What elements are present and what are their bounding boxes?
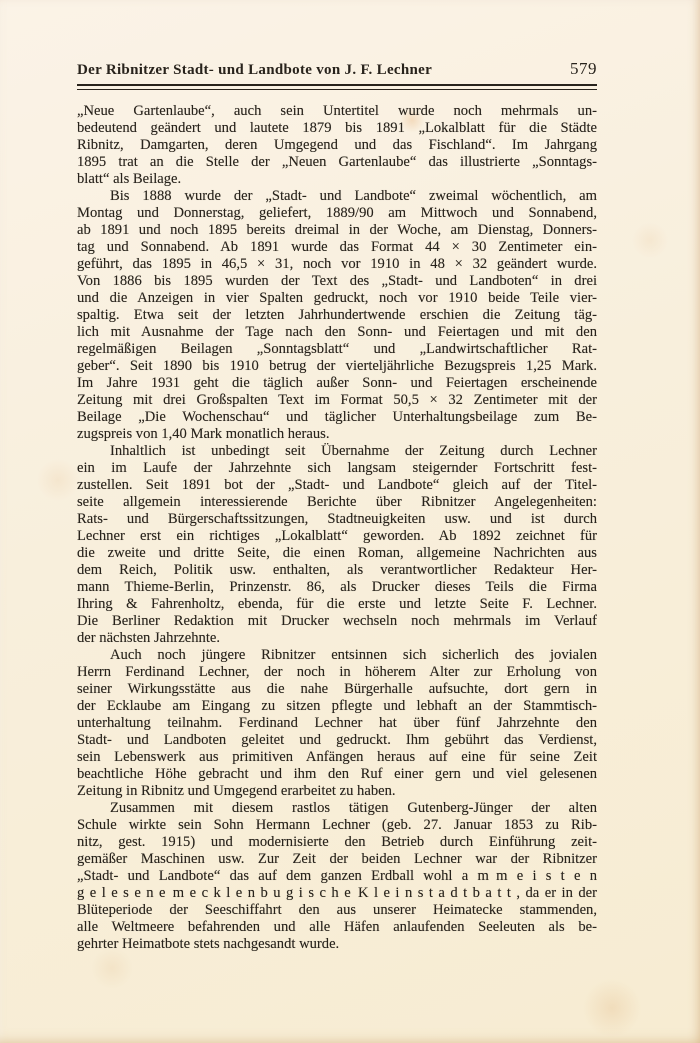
running-head: Der Ribnitzer Stadt- und Landbote von J.… (77, 60, 597, 79)
text-line: Zusammen mit diesem rastlos tätigen Gute… (77, 800, 597, 817)
text-line: ab 1891 und noch 1895 bereits dreimal in… (77, 222, 597, 239)
text-line: und die Anzeigen in vier Spalten gedruck… (77, 290, 597, 307)
text-line: regelmäßigen Beilagen „Sonntagsblatt“ un… (77, 341, 597, 358)
text-line: seiner Wirkungsstätte aus die nahe Bürge… (77, 681, 597, 698)
text-line: lich mit Ausnahme der Tage nach den Sonn… (77, 324, 597, 341)
header-double-rule (77, 84, 597, 90)
text-line: Inhaltlich ist unbedingt seit Übernahme … (77, 443, 597, 460)
text-line: geführt, das 1895 in 46,5 × 31, noch vor… (77, 256, 597, 273)
text-line: geber“. Seit 1890 bis 1910 betrug der vi… (77, 358, 597, 375)
text-line: dem Reich, Politik usw. enthalten, als v… (77, 562, 597, 579)
text-line: 1895 trat an die Stelle der „Neuen Garte… (77, 154, 597, 171)
text-line: der nächsten Jahrzehnte. (77, 630, 597, 647)
text-line: Blüteperiode der Seeschiffahrt den aus u… (77, 902, 597, 919)
text-line: unterhaltung teilnahm. Ferdinand Lechner… (77, 715, 597, 732)
text-line: Schule wirkte sein Sohn Hermann Lechner … (77, 817, 597, 834)
text-line: spaltig. Etwa seit der letzten Jahrhunde… (77, 307, 597, 324)
text-line: Beilage „Die Wochenschau“ und täglicher … (77, 409, 597, 426)
text-line: Stadt- und Landboten geleitet und gedruc… (77, 732, 597, 749)
text-line: Zeitung mit drei Großspalten Text im For… (77, 392, 597, 409)
text-line: „Stadt- und Landbote“ das auf dem ganzen… (77, 868, 597, 885)
page-content: Der Ribnitzer Stadt- und Landbote von J.… (77, 60, 597, 953)
text-line: blatt“ als Beilage. (77, 171, 597, 188)
text-line: beachtliche Höhe gebracht und ihm den Ru… (77, 766, 597, 783)
text-line: sein Lebenswerk aus primitiven Anfängen … (77, 749, 597, 766)
text-line: Ribnitz, Damgarten, deren Umgegend und d… (77, 137, 597, 154)
text-line: Bis 1888 wurde der „Stadt- und Landbote“… (77, 188, 597, 205)
text-line: Rats- und Bürgerschaftssitzungen, Stadtn… (77, 511, 597, 528)
text-line: gehrter Heimatbote stets nachgesandt wur… (77, 936, 597, 953)
paragraph: Inhaltlich ist unbedingt seit Übernahme … (77, 443, 597, 647)
text-line: Herrn Ferdinand Lechner, der noch in höh… (77, 664, 597, 681)
text-line: Ihring & Fahrenholtz, ebenda, für die er… (77, 596, 597, 613)
text-line: tag und Sonnabend. Ab 1891 wurde das For… (77, 239, 597, 256)
paragraph: Zusammen mit diesem rastlos tätigen Gute… (77, 800, 597, 953)
page-number: 579 (570, 60, 597, 78)
text-line: Von 1886 bis 1895 wurden der Text des „S… (77, 273, 597, 290)
text-line: g e l e s e n e m e c k l e n b u g i s … (77, 885, 597, 902)
text-line: mann Thieme-Berlin, Prinzenstr. 86, als … (77, 579, 597, 596)
text-line: Zeitung in Ribnitz und Umgegend erarbeit… (77, 783, 597, 800)
text-line: Im Jahre 1931 geht die täglich außer Son… (77, 375, 597, 392)
paragraph: Auch noch jüngere Ribnitzer entsinnen si… (77, 647, 597, 800)
running-head-title: Der Ribnitzer Stadt- und Landbote von J.… (77, 61, 432, 79)
text-line: „Neue Gartenlaube“, auch sein Untertitel… (77, 103, 597, 120)
text-line: Lechner erst ein richtiges „Lokalblatt“ … (77, 528, 597, 545)
text-line: der Ecklaube am Eingang zu sitzen pflegt… (77, 698, 597, 715)
text-line: zugspreis von 1,40 Mark monatlich heraus… (77, 426, 597, 443)
text-line: Die Berliner Redaktion mit Drucker wechs… (77, 613, 597, 630)
text-line: Montag und Donnerstag, geliefert, 1889/9… (77, 205, 597, 222)
text-line: bedeutend geändert und lautete 1879 bis … (77, 120, 597, 137)
text-line: Auch noch jüngere Ribnitzer entsinnen si… (77, 647, 597, 664)
body-text: „Neue Gartenlaube“, auch sein Untertitel… (77, 103, 597, 953)
text-line: zustellen. Seit 1891 bot der „Stadt- und… (77, 477, 597, 494)
text-line: seite allgemein interessierende Berichte… (77, 494, 597, 511)
paragraph: „Neue Gartenlaube“, auch sein Untertitel… (77, 103, 597, 188)
text-line: nitz, gest. 1915) und modernisierte den … (77, 834, 597, 851)
text-line: die zweite und dritte Seite, die einen R… (77, 545, 597, 562)
text-line: gemäßer Maschinen usw. Zur Zeit der beid… (77, 851, 597, 868)
text-line: ein im Laufe der Jahrzehnte sich langsam… (77, 460, 597, 477)
scanned-book-page: Der Ribnitzer Stadt- und Landbote von J.… (0, 0, 700, 1043)
text-line: alle Weltmeere befahrenden und alle Häfe… (77, 919, 597, 936)
paragraph: Bis 1888 wurde der „Stadt- und Landbote“… (77, 188, 597, 443)
